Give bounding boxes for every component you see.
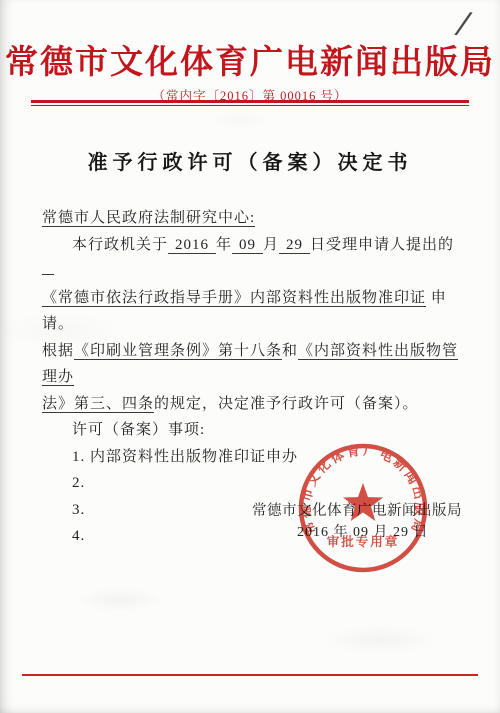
basis-conjunction: 和 (282, 343, 298, 359)
official-seal: 常德市文化体育广电新闻出版局 审批专用章 (295, 440, 431, 576)
application-subject: 《常德市依法行政指导手册》内部资料性出版物准印证 (42, 290, 426, 307)
footer-rule (22, 674, 478, 676)
legal-basis-line1: 根据《印刷业管理条例》第十八条和《内部资料性出版物管理办 (42, 338, 462, 391)
receipt-year: 2016 (168, 237, 216, 254)
receipt-month: 09 (232, 237, 263, 254)
document-title: 准予行政许可（备案）决定书 (0, 146, 500, 175)
addressee: 常德市人民政府法制研究中心: (42, 210, 255, 227)
seal-label-text: 审批专用章 (327, 534, 400, 549)
month-unit: 月 (263, 237, 279, 253)
receipt-day: 29 (279, 237, 310, 254)
application-line: 《常德市依法行政指导手册》内部资料性出版物准印证 申请。 (42, 285, 462, 338)
seal-star-icon (343, 483, 383, 521)
blank-underline (42, 274, 54, 275)
letterhead-rule-thick (31, 100, 469, 103)
receipt-text-pre: 本行政机关于 (72, 237, 168, 253)
receipt-paragraph: 本行政机关于2016年09月29日受理申请人提出的 (42, 232, 462, 285)
regulation-1: 《印刷业管理条例》第十八条 (74, 343, 282, 360)
year-unit: 年 (216, 237, 232, 253)
addressee-line: 常德市人民政府法制研究中心: (42, 205, 462, 232)
letterhead-rule-thin (31, 105, 469, 106)
legal-basis-line2: 法》第三、四条的规定，决定准予行政许可（备案）。 (42, 391, 462, 418)
letterhead-agency-name: 常德市文化体育广电新闻出版局 (0, 36, 500, 83)
decision-text: 的规定，决定准予行政许可（备案）。 (154, 396, 419, 412)
receipt-text-post: 日受理申请人提出的 (310, 237, 454, 253)
basis-pre: 根据 (42, 343, 74, 359)
document-page: / 常德市文化体育广电新闻出版局 （常内字〔2016〕第 00016 号） 准予… (0, 0, 500, 713)
regulation-2-cont: 法》第三、四条 (42, 396, 154, 413)
